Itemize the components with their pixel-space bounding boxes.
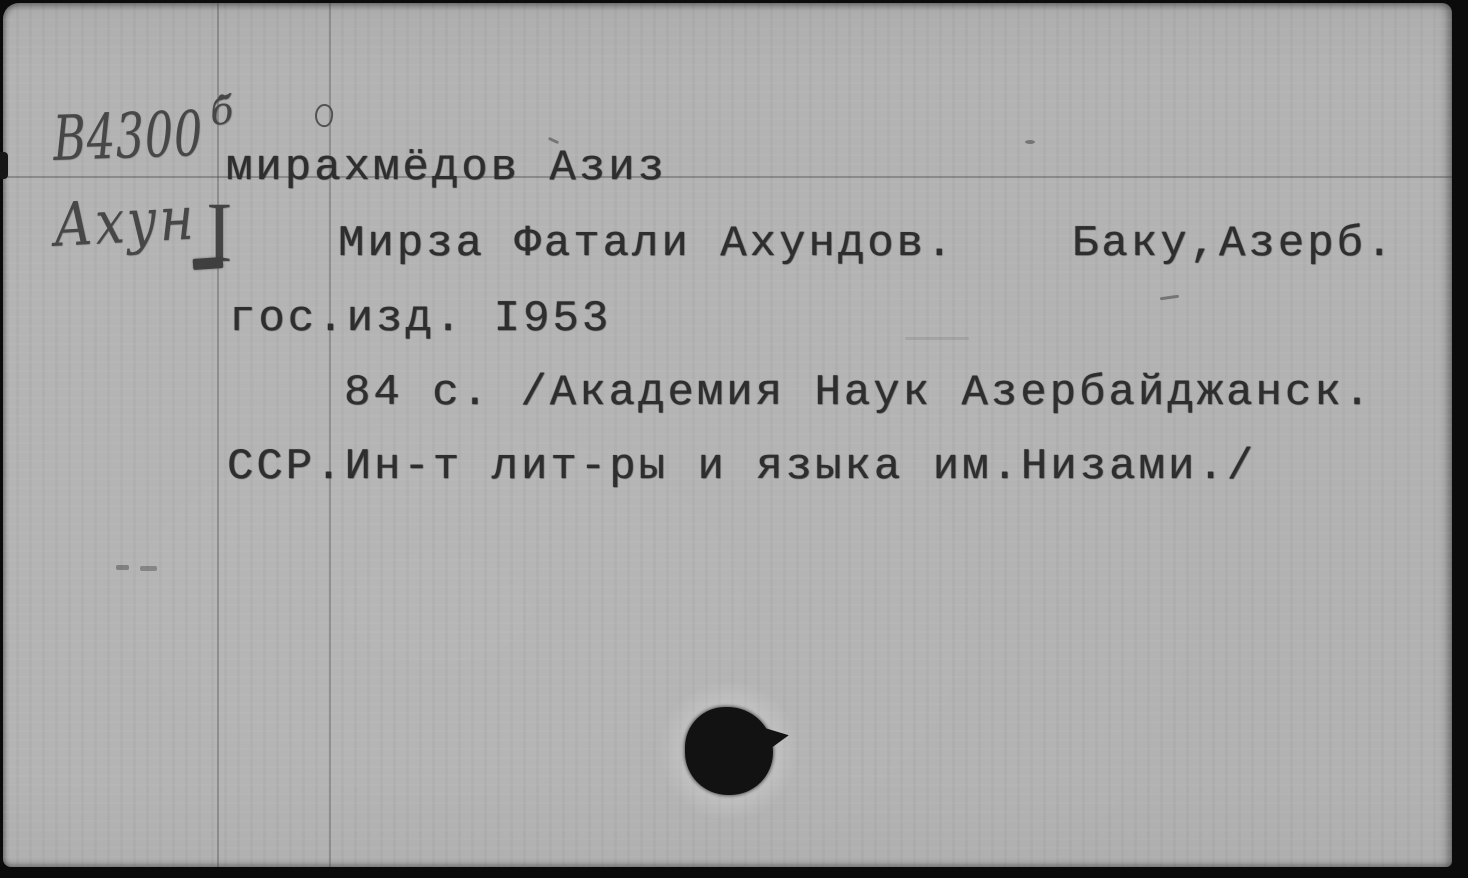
scan-dash-speck — [116, 565, 129, 570]
dust-speck — [1025, 140, 1035, 144]
imprint-publisher-year: гос.изд. I953 — [229, 297, 611, 341]
card-surface: В4300 б̃ Ахун I мирахмёдов Азиз Мирза Фа… — [3, 3, 1452, 867]
catalog-card-scan: В4300 б̃ Ахун I мирахмёдов Азиз Мирза Фа… — [0, 0, 1468, 878]
series-statement-line: ССР.Ин-т лит-ры и языка им.Низами./ — [227, 445, 1256, 489]
header-rule — [3, 176, 1452, 178]
handwritten-cutter-mark: Ахун — [52, 189, 197, 256]
title-line: Мирза Фатали Ахундов. — [338, 222, 956, 266]
hole-punch-ink-tail — [761, 723, 790, 752]
scan-dash-speck — [140, 566, 157, 571]
imprint-place: Баку,Азерб. — [1072, 222, 1395, 266]
handwritten-call-number-superscript: б̃ — [208, 91, 235, 131]
pencil-tilde-speck — [1160, 295, 1179, 301]
left-edge-scan-blob — [0, 152, 8, 179]
scan-streak — [905, 337, 969, 340]
pencil-dash-mark — [193, 257, 224, 270]
hole-punch-dot — [685, 707, 773, 795]
collation-line: 84 с. /Академия Наук Азербайджанск. — [344, 371, 1373, 415]
column-rule-right — [329, 3, 331, 867]
pencil-ring-mark — [313, 103, 334, 128]
handwritten-call-number: В4300 — [52, 103, 204, 170]
author-line: мирахмёдов Азиз — [226, 146, 667, 190]
